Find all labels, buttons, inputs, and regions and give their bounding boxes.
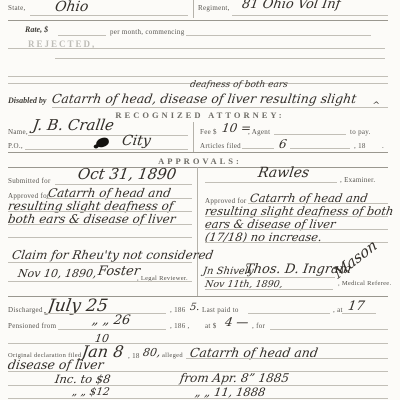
state-label: State, [8,4,26,12]
alleged-label: alleged [162,352,183,359]
attorney-po-line [25,149,188,150]
pension-record-card: State, Ohio Regiment, 81 Ohio Vol Inf Ra… [0,0,400,400]
examiner-label: , Examiner. [340,176,375,184]
regiment-underline [232,15,388,16]
articles-blank-2 [290,148,350,149]
claim-note-rule [8,262,192,263]
rate-label: Rate, $ [25,25,48,34]
blank-rule-3 [8,76,388,77]
submitted-line [55,184,192,185]
alleged-value-2: disease of liver [7,357,105,372]
legal-date: Nov 10, 1890, [17,267,97,280]
for-blank [270,329,388,330]
declaration-year-print: , 18 [128,352,140,360]
attorney-po-value: City [121,133,152,149]
at-value: 17 [347,299,366,314]
state-value: Ohio [54,0,90,15]
discharged-year-hand: 5. [189,302,200,313]
approved-left-rule4 [8,237,192,238]
articles-blank-1 [242,148,274,149]
legal-line [8,281,192,282]
top-column-divider [193,0,194,18]
section-rule-2 [8,152,388,153]
declaration-year-hand: 80, [142,346,161,359]
fee-label: Fee $ [200,128,217,136]
at-blank [342,313,376,314]
regiment-label: Regiment, [198,4,230,12]
for-label: , for [252,322,265,330]
pensioned-label: Pensioned from [8,322,56,330]
increase-2-right: „ „ 11, 1888 [194,385,266,399]
commencing-blank [186,35,371,36]
blank-rule-5 [8,343,388,344]
pension-rate-value: 4 — [224,315,249,329]
approvals-top-rule [8,167,388,168]
articles-label: Articles filed [200,142,241,150]
discharged-year-print: , 186 [170,306,186,314]
attorney-po-label: P.O., [8,142,23,150]
increase-line-2 [8,398,388,399]
last-paid-blank [248,313,330,314]
increase-1-right: from Apr. 8” 1885 [179,371,290,385]
at-dollar-label: at $ [205,322,217,330]
pensioned-value: „ „ 26 [91,313,131,328]
articles-year-label: , 18 [354,142,366,150]
submitted-label: Submitted for [8,177,51,185]
declaration-line-1 [186,358,388,359]
blank-rule-1 [8,48,385,49]
to-pay-label: to pay. [350,128,371,136]
examiner-signature: Rawles [257,165,310,181]
examiner-line [205,182,337,183]
approvals-section-title: APPROVALS: [0,156,400,166]
medical-line-1 [205,277,335,278]
attorney-name-line [28,135,188,136]
increase-1-left: Inc. to $8 [54,372,112,386]
discharged-label: Discharged [8,306,43,314]
articles-period: . [382,142,384,150]
medical-line-2 [205,289,333,290]
last-paid-label: Last paid to [202,306,239,314]
blank-rule-2 [55,58,385,59]
section-rule-1 [8,20,388,21]
medical-referee-label: , Medical Referee. [338,280,391,287]
increase-2-left: „ „ $12 [71,386,110,398]
approved-left-rule3 [8,224,192,225]
regiment-value: 81 Ohio Vol Inf [241,0,342,12]
per-month-label: per month, commencing [110,28,185,36]
agent-blank [274,134,346,135]
articles-value: 6 [278,137,288,151]
approvals-column-divider [197,167,198,296]
submitted-value: Oct 31, 1890 [77,165,178,183]
medical-signature-2: Thos. D. Ingram [244,262,352,277]
disability-value: Catarrh of head, disease of liver result… [51,91,357,106]
disabled-by-label: Disabled by [8,96,46,105]
ink-blot [95,137,110,149]
agent-label: , Agent [248,128,270,136]
pensioned-line [58,329,166,330]
attorney-column-divider [193,122,194,152]
disability-insertion: deafness of both ears [189,80,288,90]
pensioned-year-print: , 186 , [170,322,190,330]
state-underline [30,15,188,16]
legal-signature: Foster [97,264,141,279]
disabled-underline [52,107,388,108]
claim-note: Claim for Rheu'ty not considered [11,248,214,262]
rate-blank [58,35,106,36]
attorney-name-value: J. B. Cralle [32,116,116,134]
attorney-name-label: Name, [8,128,28,136]
